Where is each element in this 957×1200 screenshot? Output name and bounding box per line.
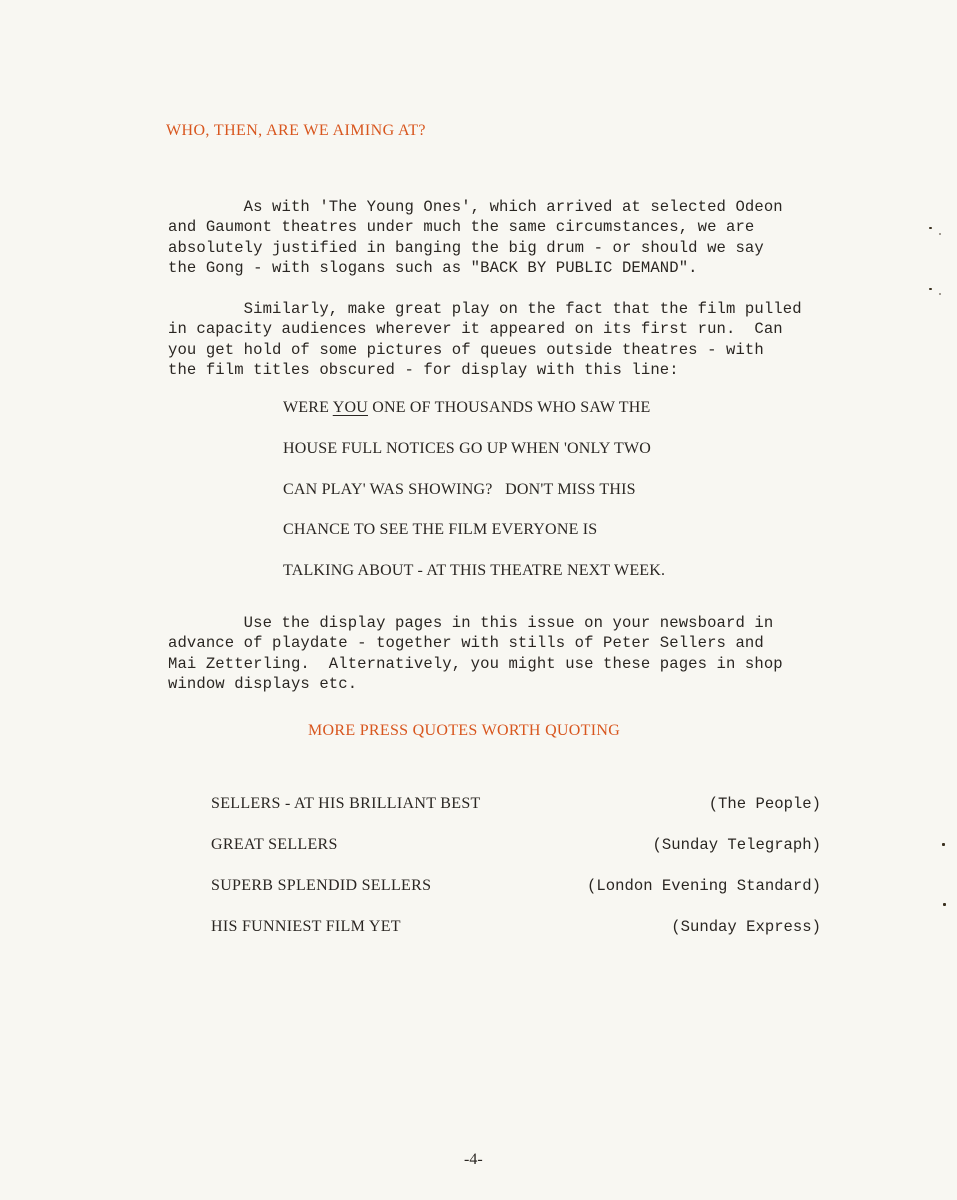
press-quote-text: HIS FUNNIEST FILM YET: [211, 918, 401, 936]
press-quote-source: (Sunday Telegraph): [653, 836, 821, 854]
press-quote-text: GREAT SELLERS: [211, 836, 338, 854]
press-quote-source: (London Evening Standard): [587, 877, 821, 895]
slogan-line-4: CHANCE TO SEE THE FILM EVERYONE IS: [283, 521, 597, 539]
scan-speck: [939, 233, 941, 235]
slogan-line-1: WERE YOU ONE OF THOUSANDS WHO SAW THE: [283, 399, 650, 417]
scan-speck: [929, 227, 932, 229]
scan-speck: [942, 843, 945, 846]
slogan-line-2: HOUSE FULL NOTICES GO UP WHEN 'ONLY TWO: [283, 440, 651, 458]
paragraph-young-ones: As with 'The Young Ones', which arrived …: [168, 197, 848, 278]
section-heading: WHO, THEN, ARE WE AIMING AT?: [166, 122, 426, 140]
press-quote-row: SUPERB SPLENDID SELLERS (London Evening …: [211, 877, 821, 899]
slogan-line-5: TALKING ABOUT - AT THIS THEATRE NEXT WEE…: [283, 562, 665, 580]
press-quote-row: HIS FUNNIEST FILM YET (Sunday Express): [211, 918, 821, 940]
scan-speck: [939, 293, 941, 295]
press-quote-source: (The People): [709, 795, 821, 813]
page-number: -4-: [464, 1151, 483, 1169]
paragraph-display-pages: Use the display pages in this issue on y…: [168, 613, 848, 694]
press-quote-text: SUPERB SPLENDID SELLERS: [211, 877, 431, 895]
paragraph-capacity-audiences: Similarly, make great play on the fact t…: [168, 299, 848, 380]
slogan-line-3: CAN PLAY' WAS SHOWING? DON'T MISS THIS: [283, 481, 636, 499]
scan-speck: [929, 288, 932, 290]
press-quotes-heading: MORE PRESS QUOTES WORTH QUOTING: [308, 722, 620, 740]
press-quote-source: (Sunday Express): [671, 918, 821, 936]
press-quote-text: SELLERS - AT HIS BRILLIANT BEST: [211, 795, 481, 813]
document-page: WHO, THEN, ARE WE AIMING AT? As with 'Th…: [0, 0, 957, 1200]
slogan-underlined-you: YOU: [333, 399, 368, 416]
slogan-text: WERE: [283, 399, 333, 416]
press-quote-row: GREAT SELLERS (Sunday Telegraph): [211, 836, 821, 858]
press-quote-row: SELLERS - AT HIS BRILLIANT BEST (The Peo…: [211, 795, 821, 817]
scan-speck: [943, 903, 946, 906]
slogan-text: ONE OF THOUSANDS WHO SAW THE: [368, 399, 650, 416]
